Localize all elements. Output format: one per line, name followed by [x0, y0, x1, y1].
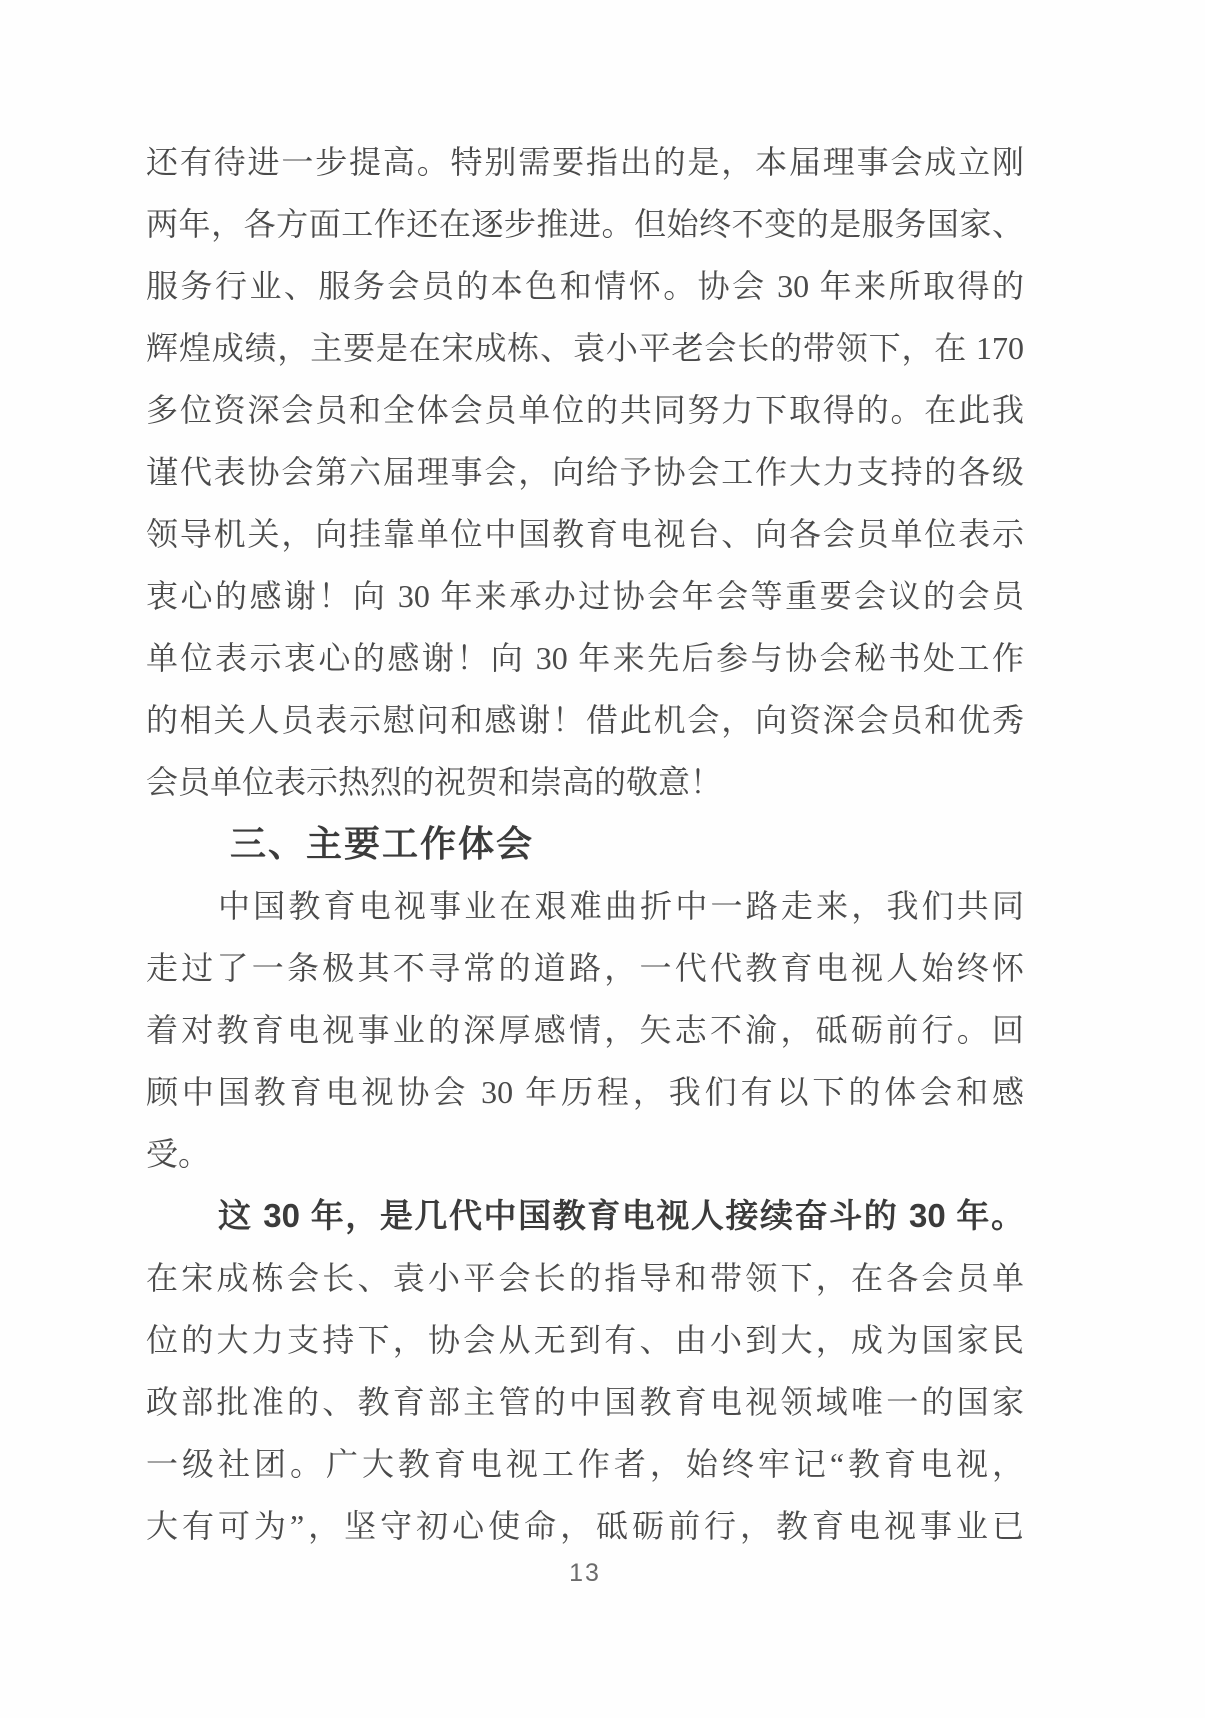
text-line: 谨代表协会第六届理事会，向给予协会工作大力支持的各级 — [146, 441, 1024, 503]
bold-lead-line: 这 30 年，是几代中国教育电视人接续奋斗的 30 年。 — [146, 1185, 1024, 1247]
document-page: 还有待进一步提高。特别需要指出的是，本届理事会成立刚 两年，各方面工作还在逐步推… — [0, 0, 1205, 1718]
page-number-label: 13 — [146, 1559, 1024, 1588]
text-line: 一级社团。广大教育电视工作者，始终牢记“教育电视， — [146, 1433, 1024, 1495]
text-line: 在宋成栋会长、袁小平会长的指导和带领下，在各会员单 — [146, 1247, 1024, 1309]
text-line: 衷心的感谢！向 30 年来承办过协会年会等重要会议的会员 — [146, 565, 1024, 627]
text-line: 位的大力支持下，协会从无到有、由小到大，成为国家民 — [146, 1309, 1024, 1371]
text-line: 两年，各方面工作还在逐步推进。但始终不变的是服务国家、 — [146, 193, 1024, 255]
text-line: 中国教育电视事业在艰难曲折中一路走来，我们共同 — [146, 875, 1024, 937]
text-line: 会员单位表示热烈的祝贺和崇高的敬意！ — [146, 751, 1024, 813]
text-line: 着对教育电视事业的深厚感情，矢志不渝，砥砺前行。回 — [146, 999, 1024, 1061]
text-line: 单位表示衷心的感谢！向 30 年来先后参与协会秘书处工作 — [146, 627, 1024, 689]
text-line: 服务行业、服务会员的本色和情怀。协会 30 年来所取得的 — [146, 255, 1024, 317]
text-line: 走过了一条极其不寻常的道路，一代代教育电视人始终怀 — [146, 937, 1024, 999]
section-heading: 三、主要工作体会 — [146, 813, 1024, 875]
page-text-block: 还有待进一步提高。特别需要指出的是，本届理事会成立刚 两年，各方面工作还在逐步推… — [146, 131, 1024, 1588]
text-line: 的相关人员表示慰问和感谢！借此机会，向资深会员和优秀 — [146, 689, 1024, 751]
text-line: 政部批准的、教育部主管的中国教育电视领域唯一的国家 — [146, 1371, 1024, 1433]
text-line: 辉煌成绩，主要是在宋成栋、袁小平老会长的带领下，在 170 — [146, 317, 1024, 379]
text-line: 还有待进一步提高。特别需要指出的是，本届理事会成立刚 — [146, 131, 1024, 193]
text-line: 顾中国教育电视协会 30 年历程，我们有以下的体会和感 — [146, 1061, 1024, 1123]
text-line: 大有可为”，坚守初心使命，砥砺前行，教育电视事业已 — [146, 1495, 1024, 1557]
text-line: 领导机关，向挂靠单位中国教育电视台、向各会员单位表示 — [146, 503, 1024, 565]
text-line: 多位资深会员和全体会员单位的共同努力下取得的。在此我 — [146, 379, 1024, 441]
text-line: 受。 — [146, 1123, 1024, 1185]
